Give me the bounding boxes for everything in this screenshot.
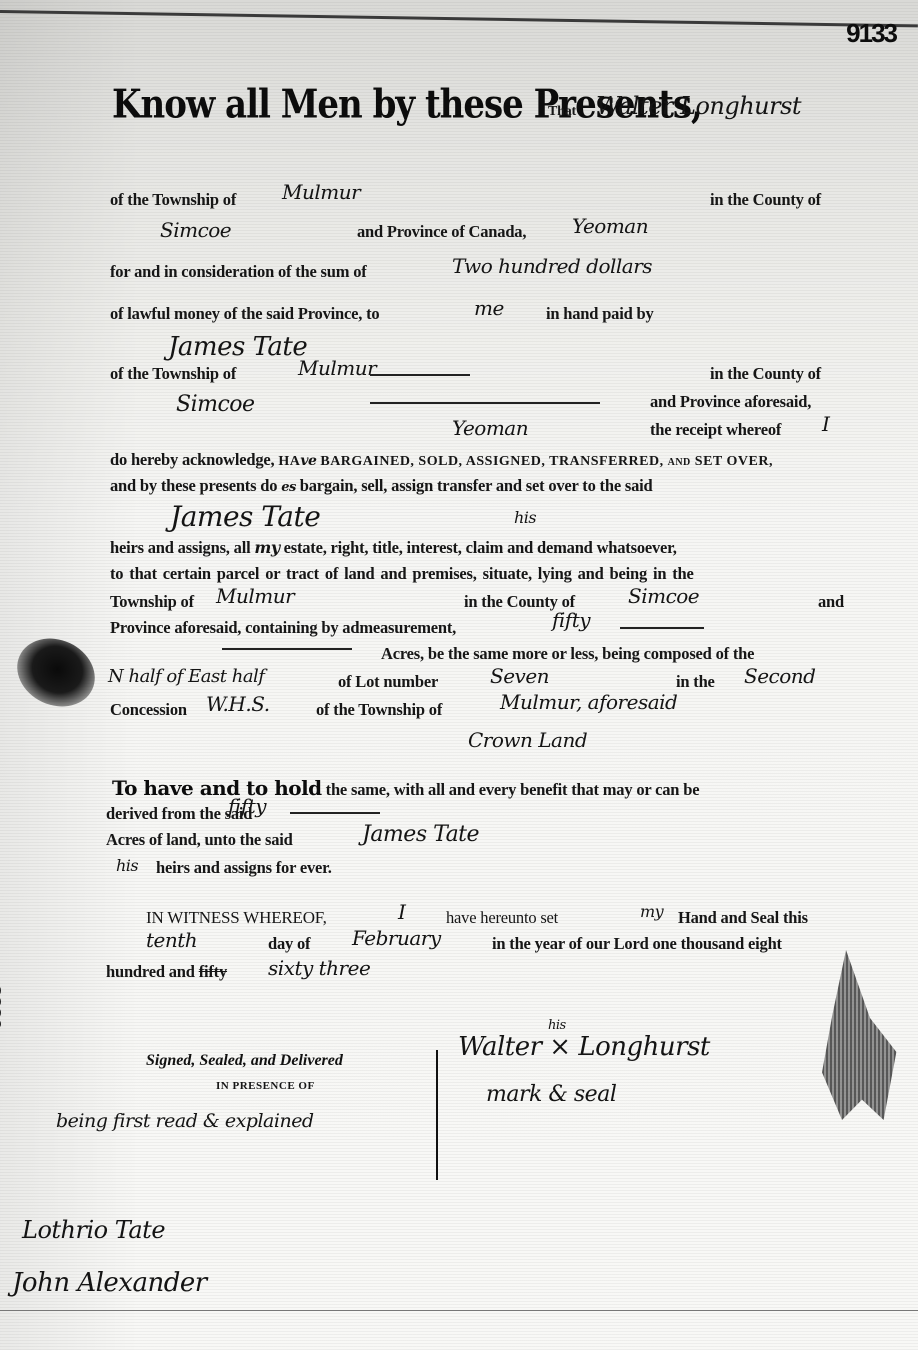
witness-signature-2: John Alexander [12, 1268, 207, 1298]
blank-rule [222, 648, 352, 650]
presents-prefix: and by these presents do [110, 476, 277, 495]
line-admeasurement: Province aforesaid, containing by admeas… [110, 618, 456, 638]
blank-rule [370, 374, 470, 376]
line-and: and [818, 592, 844, 612]
day-of-month: tenth [146, 928, 197, 952]
paid-to: me [474, 296, 504, 320]
line-acknowledge: do hereby acknowledge, HAve BARGAINED, S… [110, 450, 773, 470]
grantor-his-mark-label: his [548, 1018, 566, 1033]
concession-number: Second [744, 664, 815, 688]
lot-number: Seven [490, 664, 549, 688]
blank-rule [620, 627, 704, 629]
crown-land-note: Crown Land [468, 728, 587, 752]
struck-year: fifty [199, 962, 227, 981]
line-lawful-money: of lawful money of the said Province, to [110, 304, 379, 324]
hundred-and: hundred and fifty [106, 962, 227, 982]
presents-ink: es [281, 480, 296, 495]
parcel-county: Simcoe [628, 584, 699, 608]
grantee-occupation: Yeoman [452, 416, 528, 440]
habendum-heirs-forever: heirs and assigns for ever. [156, 858, 332, 878]
parcel-part: N half of East half [108, 666, 264, 687]
grantor-township: Mulmur [282, 180, 360, 204]
year-of-our-lord: in the year of our Lord one thousand eig… [492, 934, 782, 954]
parcel-township: Mulmur [216, 584, 294, 608]
presents-suffix: bargain, sell, assign transfer and set o… [300, 476, 653, 495]
line-of-township: of the Township of [316, 700, 442, 720]
hundred-prefix: hundred and [106, 962, 195, 981]
line-acres-more-or-less: Acres, be the same more or less, being c… [381, 644, 754, 664]
signature-divider [436, 1050, 438, 1180]
line-province-aforesaid: and Province aforesaid, [650, 392, 811, 412]
line-grantee-township-prefix: of the Township of [110, 364, 236, 384]
line-paid-by: in hand paid by [546, 304, 654, 324]
line-in-the: in the [676, 672, 715, 692]
grantor-county: Simcoe [160, 218, 231, 242]
acreage: fifty [552, 608, 590, 632]
concession-township: Mulmur, aforesaid [500, 690, 677, 714]
witness-hereunto: have hereunto set [446, 908, 558, 928]
habendum-his: his [116, 856, 138, 875]
habendum-acres-of-land: Acres of land, unto the said [106, 830, 293, 850]
has-text: HA [278, 454, 300, 469]
receipt-pronoun: I [822, 412, 829, 436]
heirs-my: my [254, 538, 279, 557]
line-concession: Concession [110, 700, 187, 720]
line-presents: and by these presents do es bargain, sel… [110, 476, 653, 496]
grantor-signature: Walter × Longhurst [458, 1032, 710, 1062]
habendum-suffix: the same, with all and every benefit tha… [326, 780, 700, 799]
grantee-township: Mulmur [298, 356, 376, 380]
line-lot-number: of Lot number [338, 672, 438, 692]
witness-whereof: IN WITNESS WHEREOF, [146, 908, 327, 928]
month: February [352, 926, 441, 950]
line-heirs: heirs and assigns, all my estate, right,… [110, 538, 677, 558]
grantee-name-2: James Tate [170, 500, 320, 533]
line-receipt-whereof: the receipt whereof [650, 420, 781, 440]
witness-signature-1: Lothrio Tate [22, 1216, 165, 1244]
grantee-name: James Tate [168, 332, 307, 362]
grantee-county: Simcoe [176, 392, 255, 417]
habendum-acres: fifty [228, 794, 266, 818]
that-label: That [548, 104, 576, 120]
line-province: and Province of Canada, [357, 222, 526, 242]
blank-rule [290, 812, 380, 814]
grantor-name: Walter Longhurst [596, 92, 801, 120]
grantor-mark-seal: mark & seal [486, 1082, 616, 1107]
habendum-grantee: James Tate [362, 822, 479, 847]
line-grantee-county-suffix: in the County of [710, 364, 821, 384]
bargain-terms: BARGAINED, SOLD, ASSIGNED, TRANSFERRED, … [320, 454, 773, 469]
side-record-number: 8330 [0, 985, 4, 1030]
line-consideration: for and in consideration of the sum of [110, 262, 367, 282]
habendum-line-1: To have and to hold the same, with all a… [112, 776, 699, 800]
heirs-suffix: estate, right, title, interest, claim an… [284, 538, 677, 557]
acknowledge-text: do hereby acknowledge, [110, 450, 274, 469]
consideration-sum: Two hundred dollars [452, 254, 652, 278]
bottom-rule [0, 1310, 918, 1311]
witness-hand-seal: Hand and Seal this [678, 908, 808, 928]
signed-sealed-delivered: Signed, Sealed, and Delivered [146, 1052, 343, 1070]
line-township-prefix: of the Township of [110, 190, 236, 210]
grantor-occupation: Yeoman [572, 214, 648, 238]
record-number-stamp: 9133 [846, 18, 896, 49]
in-presence-of: IN PRESENCE OF [216, 1080, 315, 1092]
concession-code: W.H.S. [206, 692, 270, 716]
day-of-label: day of [268, 934, 310, 954]
habendum-head: To have and to hold [112, 776, 322, 800]
witness-note: being first read & explained [56, 1110, 314, 1132]
line-parcel-township-prefix: Township of [110, 592, 194, 612]
witness-my: my [640, 902, 663, 921]
line-county-suffix: in the County of [710, 190, 821, 210]
line-parcel: to that certain parcel or tract of land … [110, 564, 694, 584]
grantee-his: his [514, 508, 536, 527]
witness-pronoun: I [398, 900, 405, 924]
has-ink: ve [300, 453, 316, 469]
blank-rule [370, 402, 600, 404]
year-written: sixty three [268, 956, 370, 980]
heirs-prefix: heirs and assigns, all [110, 538, 250, 557]
